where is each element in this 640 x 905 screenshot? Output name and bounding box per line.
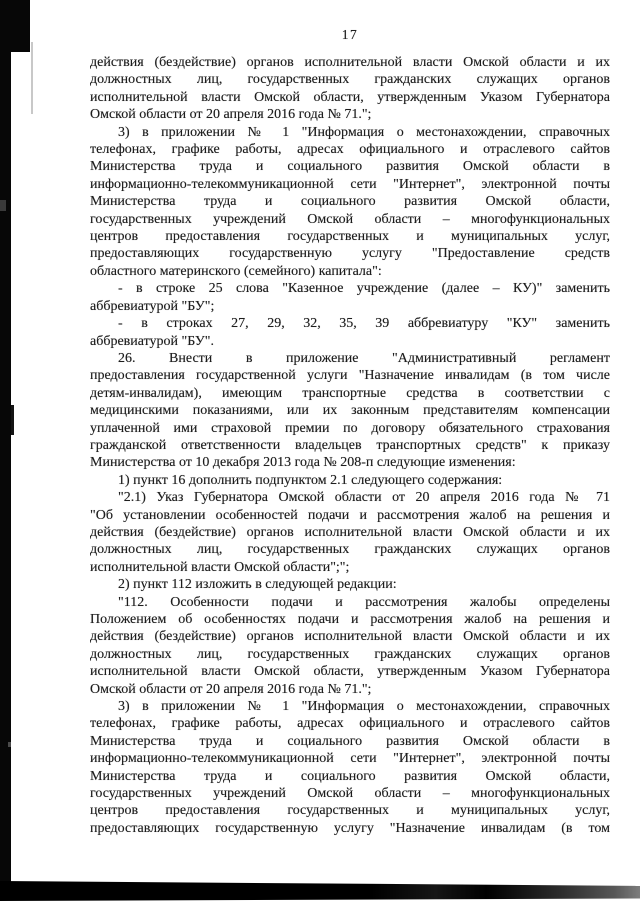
text-line: должностных лиц, государственных граждан… [90, 646, 610, 663]
text-line: 2) пункт 112 изложить в следующей редакц… [90, 576, 610, 593]
text-line: уплаченной ими страховой премии по догов… [90, 420, 610, 437]
page-number: 17 [90, 26, 610, 43]
text-line: аббревиатурой "БУ". [90, 333, 610, 350]
text-line: "2.1) Указ Губернатора Омской области от… [90, 489, 610, 506]
text-line: Министерства труда и социального развити… [90, 733, 610, 750]
text-line: действия (бездействие) органов исполните… [90, 524, 610, 541]
text-line: областного материнского (семейного) капи… [90, 263, 610, 280]
text-line: Министерства труда и социального развити… [90, 768, 610, 785]
text-line: гражданской ответственности владельцев т… [90, 437, 610, 454]
text-line: телефонах, графике работы, адресах офици… [90, 141, 610, 158]
scan-noise-speck [11, 405, 14, 435]
text-line: 3) в приложении № 1 "Информация о местон… [90, 124, 610, 141]
text-line: действия (бездействие) органов исполните… [90, 54, 610, 71]
text-line: должностных лиц, государственных граждан… [90, 541, 610, 558]
text-line: Положением об особенностях подачи и расс… [90, 611, 610, 628]
text-line: - в строках 27, 29, 32, 35, 39 аббревиат… [90, 315, 610, 332]
text-line: Министерства от 10 декабря 2013 года № 2… [90, 454, 610, 471]
document-content: 17 действия (бездействие) органов исполн… [90, 26, 610, 837]
text-line: исполнительной власти Омской области";"; [90, 559, 610, 576]
scan-edge-artifact-faint-line [31, 42, 33, 114]
text-line: государственных учреждений Омской област… [90, 211, 610, 228]
scan-noise-speck [0, 200, 6, 211]
scan-edge-artifact-bottom-bar [0, 880, 640, 901]
text-line: телефонах, графике работы, адресах офици… [90, 715, 610, 732]
scan-noise-speck [8, 742, 11, 747]
text-line: информационно-телекоммуникационной сети … [90, 176, 610, 193]
scanned-document-page: 17 действия (бездействие) органов исполн… [0, 0, 640, 905]
text-line: Министерства труда и социального развити… [90, 158, 610, 175]
text-line: Министерства труда и социального развити… [90, 193, 610, 210]
text-line: действия (бездействие) органов исполните… [90, 628, 610, 645]
text-line: медицинскими показаниями, или их законны… [90, 402, 610, 419]
text-line: "112. Особенности подачи и рассмотрения … [90, 594, 610, 611]
scan-edge-artifact-left-bar [0, 0, 11, 898]
text-line: исполнительной власти Омской области, ут… [90, 663, 610, 680]
text-line: информационно-телекоммуникационной сети … [90, 750, 610, 767]
text-line: аббревиатурой "БУ"; [90, 298, 610, 315]
text-line: исполнительной власти Омской области, ут… [90, 89, 610, 106]
text-line: должностных лиц, государственных граждан… [90, 71, 610, 88]
text-line: "Об установлении особенностей подачи и р… [90, 507, 610, 524]
text-line: центров предоставления государственных и… [90, 802, 610, 819]
text-line: 26. Внести в приложение "Административны… [90, 350, 610, 367]
text-line: 3) в приложении № 1 "Информация о местон… [90, 698, 610, 715]
text-line: - в строке 25 слова "Казенное учреждение… [90, 280, 610, 297]
text-line: центров предоставления государственных и… [90, 228, 610, 245]
text-line: детям-инвалидам), имеющим транспортные с… [90, 385, 610, 402]
document-body: действия (бездействие) органов исполните… [90, 54, 610, 837]
text-line: Омской области от 20 апреля 2016 года № … [90, 681, 610, 698]
text-line: предоставляющих государственную услугу "… [90, 245, 610, 262]
text-line: предоставляющих государственную услугу "… [90, 820, 610, 837]
text-line: 1) пункт 16 дополнить подпунктом 2.1 сле… [90, 472, 610, 489]
text-line: предоставления государственной услуги "Н… [90, 367, 610, 384]
text-line: Омской области от 20 апреля 2016 года № … [90, 106, 610, 123]
text-line: государственных учреждений Омской област… [90, 785, 610, 802]
